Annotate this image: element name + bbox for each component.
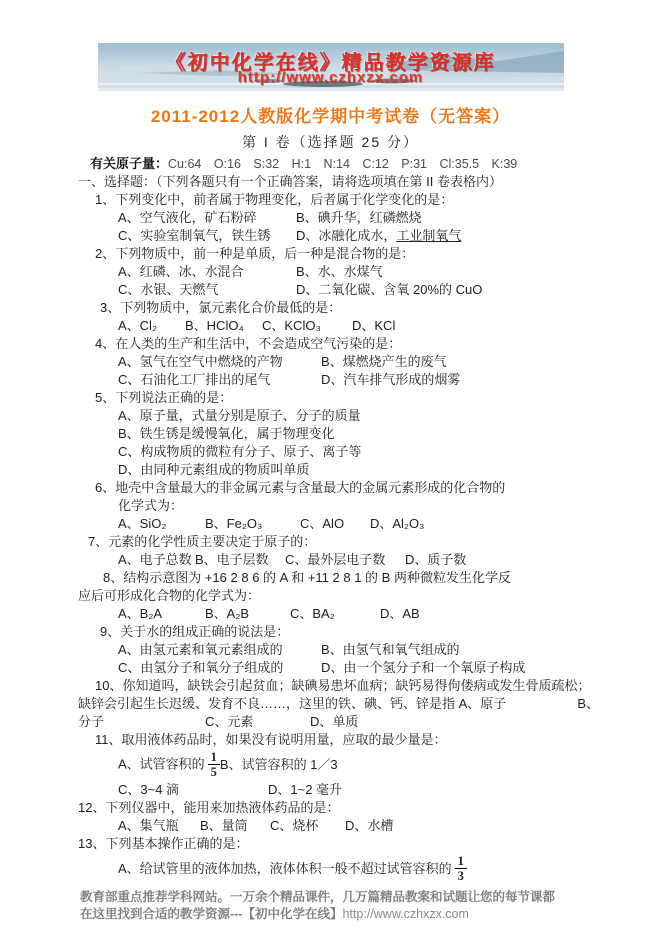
option-c: C、3~4 滴 [118, 781, 268, 799]
option-a: A、原子量，式量分别是原子、分子的质量 [118, 407, 611, 425]
question-stem: 1、下列变化中，前者属于物理变化，后者属于化学变化的是： [95, 191, 611, 209]
option-b: B、碘升华，红磷燃烧 [296, 209, 611, 227]
option-a: A、红磷、冰、水混合 [118, 263, 296, 281]
option-a: A、试管容积的15 [118, 751, 220, 779]
option-c: C、石油化工厂排出的尾气 [118, 371, 321, 389]
question-13: 13、下列基本操作正确的是： A、给试管里的液体加热，液体体积一般不超过试管容积… [78, 835, 611, 885]
option-row: C、实验室制氧气，铁生锈 D、冰融化成水，工业制氧气 [118, 227, 611, 245]
question-stem-continued: 化学式为： [118, 497, 611, 515]
option-b: B、试管容积的 1／3 [220, 756, 338, 774]
option-d: D、单质 [310, 713, 611, 731]
question-3: 3、下列物质中，氯元素化合价最低的是： A、Cl₂ B、HClO₄ C、KClO… [78, 299, 611, 335]
fraction-one-third: 13 [455, 855, 467, 883]
option-row: A、电子总数 B、电子层数 C、最外层电子数 D、质子数 [118, 551, 611, 569]
option-d: D、水槽 [345, 817, 611, 835]
fraction-one-fifth: 15 [208, 751, 220, 779]
option-b: B、煤燃烧产生的废气 [321, 353, 611, 371]
question-2: 2、下列物质中，前一种是单质，后一种是混合物的是： A、红磷、冰、水混合 B、水… [78, 245, 611, 299]
option-row: A、空气液化，矿石粉碎 B、碘升华，红磷燃烧 [118, 209, 611, 227]
question-stem: 8、结构示意图为 +16 2 8 6 的 A 和 +11 2 8 1 的 B 两… [103, 569, 611, 587]
option-a: A、空气液化，矿石粉碎 [118, 209, 296, 227]
option-row: A、Cl₂ B、HClO₄ C、KClO₃ D、KCl [118, 317, 611, 335]
question-stem: 12、下列仪器中，能用来加热液体药品的是： [78, 799, 611, 817]
question-stem: 13、下列基本操作正确的是： [78, 835, 611, 853]
question-9: 9、关于水的组成正确的说法是： A、由氢元素和氧元素组成的 B、由氢气和氧气组成… [78, 623, 611, 677]
option-c: C、水银、天燃气 [118, 281, 296, 299]
exam-page: 《初中化学在线》精品教学资源库 http://www.czhxzx.com 20… [0, 0, 661, 935]
option-c: C、构成物质的微粒有分子、原子、离子等 [118, 443, 611, 461]
question-stem: 2、下列物质中，前一种是单质，后一种是混合物的是： [95, 245, 611, 263]
question-7: 7、元素的化学性质主要决定于原子的： A、电子总数 B、电子层数 C、最外层电子… [78, 533, 611, 569]
question-1: 1、下列变化中，前者属于物理变化，后者属于化学变化的是： A、空气液化，矿石粉碎… [78, 191, 611, 245]
option-row: C、由氢分子和氧分子组成的 D、由一个氢分子和一个氧原子构成 [118, 659, 611, 677]
option-c: C、由氢分子和氧分子组成的 [118, 659, 321, 677]
banner-site-url[interactable]: http://www.czhxzx.com [98, 69, 564, 86]
option-c: C、元素 [205, 713, 310, 731]
question-stem: 5、下列说法正确的是： [95, 389, 611, 407]
atomic-mass-label: 有关原子量： [90, 156, 168, 171]
atomic-mass-values: Cu:64 O:16 S:32 H:1 N:14 C:12 P:31 Cl:35… [168, 157, 517, 171]
option-d: D、二氧化碳、含氧 20%的 CuO [296, 281, 611, 299]
footer-promo: 教育部重点推荐学科网站。一万余个精品课件，几万篇精品教案和试题让您的每节课都在这… [80, 889, 562, 923]
option-c: C、实验室制氧气，铁生锈 [118, 227, 296, 245]
question-5: 5、下列说法正确的是： A、原子量，式量分别是原子、分子的质量 B、铁生锈是缓慢… [78, 389, 611, 479]
option-row: A、B₂A B、A₂B C、BA₂ D、AB [118, 605, 611, 623]
option-a: A、Cl₂ [118, 317, 185, 335]
site-banner: 《初中化学在线》精品教学资源库 http://www.czhxzx.com [98, 43, 564, 91]
option-row: A、由氢元素和氧元素组成的 B、由氢气和氧气组成的 [118, 641, 611, 659]
option-c: C、BA₂ [290, 605, 380, 623]
option-a: A、SiO₂ [118, 515, 205, 533]
question-stem: 11、取用液体药品时，如果没有说明用量，应取的最少量是： [95, 731, 611, 749]
exam-body: 有关原子量：Cu:64 O:16 S:32 H:1 N:14 C:12 P:31… [0, 152, 661, 923]
option-b: B、铁生锈是缓慢氧化，属于物理变化 [118, 425, 611, 443]
option-row: C、水银、天燃气 D、二氧化碳、含氧 20%的 CuO [118, 281, 611, 299]
question-stem: 10、你知道吗，缺铁会引起贫血；缺碘易患坏血病；缺钙易得佝偻病或发生骨质疏松； [95, 677, 611, 695]
option-row: C、3~4 滴 D、1~2 毫升 [118, 781, 611, 799]
question-10: 10、你知道吗，缺铁会引起贫血；缺碘易患坏血病；缺钙易得佝偻病或发生骨质疏松； … [78, 677, 611, 731]
section-one-instructions: 一、选择题：（下列各题只有一个正确答案，请将选项填在第 II 卷表格内） [78, 173, 611, 191]
stem-with-option-a: 缺锌会引起生长迟缓、发育不良……，这里的铁、碘、钙、锌是指 A、原子 [78, 695, 506, 713]
option-d: D、汽车排气形成的烟雾 [321, 371, 611, 389]
option-b: B、HClO₄ [185, 317, 262, 335]
question-11: 11、取用液体药品时，如果没有说明用量，应取的最少量是： A、试管容积的15 B… [78, 731, 611, 799]
option-b: B、电子层数 [195, 551, 285, 569]
question-6: 6、地壳中含量最大的非金属元素与含量最大的金属元素形成的化合物的 化学式为： A… [78, 479, 611, 533]
question-4: 4、在人类的生产和生活中，不会造成空气污染的是： A、氢气在空气中燃烧的产物 B… [78, 335, 611, 389]
option-c: C、KClO₃ [262, 317, 352, 335]
question-stem-continued: 缺锌会引起生长迟缓、发育不良……，这里的铁、碘、钙、锌是指 A、原子 B、 [78, 695, 611, 713]
option-d: D、由同种元素组成的物质叫单质 [118, 461, 611, 479]
option-b: B、水、水煤气 [296, 263, 611, 281]
option-d: D、Al₂O₃ [370, 515, 611, 533]
option-row: A、SiO₂ B、Fe₂O₃ C、AlO D、Al₂O₃ [118, 515, 611, 533]
option-c: C、最外层电子数 [285, 551, 405, 569]
question-stem: 3、下列物质中，氯元素化合价最低的是： [100, 299, 611, 317]
option-b: B、量筒 [200, 817, 270, 835]
question-12: 12、下列仪器中，能用来加热液体药品的是： A、集气瓶 B、量筒 C、烧杯 D、… [78, 799, 611, 835]
option-row: A、集气瓶 B、量筒 C、烧杯 D、水槽 [118, 817, 611, 835]
option-row: A、氢气在空气中燃烧的产物 B、煤燃烧产生的废气 [118, 353, 611, 371]
option-c: C、烧杯 [270, 817, 345, 835]
option-d: D、冰融化成水，工业制氧气 [296, 227, 611, 245]
option-b: B、A₂B [205, 605, 290, 623]
underlined-text: 工业制氧气 [396, 228, 461, 243]
option-b: B、由氢气和氧气组成的 [321, 641, 611, 659]
option-a: A、由氢元素和氧元素组成的 [118, 641, 321, 659]
exam-title: 2011-2012人教版化学期中考试卷（无答案） [0, 102, 661, 127]
option-d: D、1~2 毫升 [268, 781, 611, 799]
question-stem: 6、地壳中含量最大的非金属元素与含量最大的金属元素形成的化合物的 [95, 479, 611, 497]
footer-url[interactable]: http://www.czhxzx.com [343, 907, 469, 921]
option-a: A、B₂A [118, 605, 205, 623]
option-a: A、电子总数 [118, 551, 195, 569]
option-row: A、试管容积的15 B、试管容积的 1／3 [118, 749, 611, 781]
section-heading: 第 I 卷（选择题 25 分） [0, 132, 661, 152]
option-b-continued: 分子 [78, 713, 205, 731]
option-row: 分子 C、元素 D、单质 [78, 713, 611, 731]
option-b-label: B、 [577, 695, 599, 713]
question-stem-continued: 应后可形成化合物的化学式为： [78, 587, 611, 605]
option-a: A、集气瓶 [118, 817, 200, 835]
option-b: B、Fe₂O₃ [205, 515, 300, 533]
question-stem: 4、在人类的生产和生活中，不会造成空气污染的是： [95, 335, 611, 353]
question-stem: 9、关于水的组成正确的说法是： [100, 623, 611, 641]
option-a: A、氢气在空气中燃烧的产物 [118, 353, 321, 371]
option-row: A、红磷、冰、水混合 B、水、水煤气 [118, 263, 611, 281]
atomic-mass-line: 有关原子量：Cu:64 O:16 S:32 H:1 N:14 C:12 P:31… [90, 155, 611, 173]
option-row: C、石油化工厂排出的尾气 D、汽车排气形成的烟雾 [118, 371, 611, 389]
option-c: C、AlO [300, 515, 370, 533]
option-d: D、KCl [352, 317, 611, 335]
option-d: D、质子数 [405, 551, 611, 569]
option-d: D、AB [380, 605, 611, 623]
question-stem: 7、元素的化学性质主要决定于原子的： [88, 533, 611, 551]
option-d: D、由一个氢分子和一个氧原子构成 [321, 659, 611, 677]
option-a: A、给试管里的液体加热，液体体积一般不超过试管容积的13 [118, 853, 611, 885]
question-8: 8、结构示意图为 +16 2 8 6 的 A 和 +11 2 8 1 的 B 两… [78, 569, 611, 623]
footer-text: 教育部重点推荐学科网站。一万余个精品课件，几万篇精品教案和试题让您的每节课都在这… [80, 890, 555, 921]
